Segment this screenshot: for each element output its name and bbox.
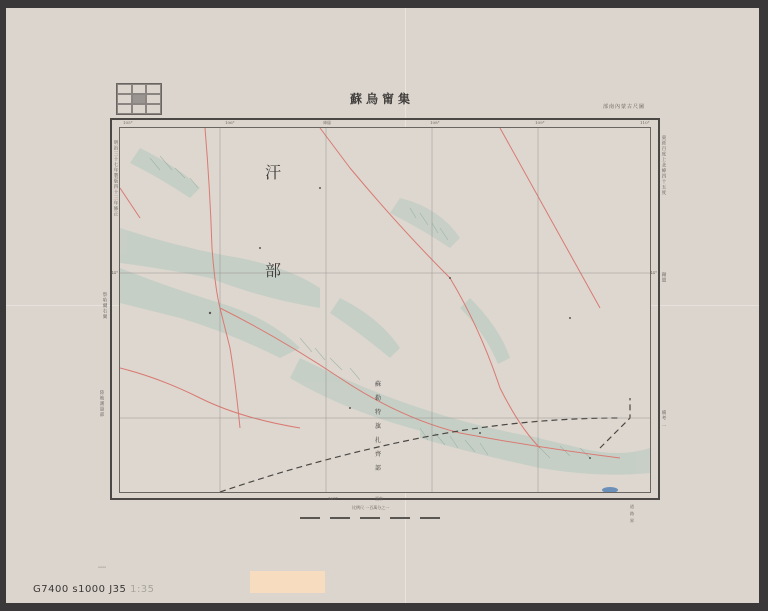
top-edge-label: 庫倫: [323, 120, 331, 126]
right-margin-note: 東經百度上北緯四十五度: [660, 135, 666, 196]
terrain-shading: [120, 148, 650, 475]
header-right-text: 部南內蒙古尺圖: [603, 103, 645, 110]
map-body[interactable]: [119, 127, 651, 493]
longitude-tick: 105°: [123, 120, 133, 125]
lake-icon: [602, 487, 618, 492]
scale-label: 比例尺 一百萬分之一: [352, 505, 389, 511]
region-label: 汗: [265, 160, 281, 183]
sheet-index-grid: [116, 83, 162, 115]
bottom-edge-label: 張家: [375, 496, 383, 502]
region-label: 部: [265, 258, 281, 281]
library-stamp: ▫▫▫▫: [98, 565, 106, 569]
banner-vertical-label: 蘇勒特旗扎齊部: [375, 378, 383, 476]
longitude-tick: 107°: [328, 496, 338, 501]
longitude-tick: 109°: [535, 120, 545, 125]
right-margin-label: 錫盟: [660, 272, 666, 283]
longitude-tick: 108°: [430, 120, 440, 125]
latitude-tick: 44°: [111, 270, 118, 275]
call-number: G7400 s1000 J35 1:35: [33, 584, 155, 595]
latitude-tick: 44°: [650, 270, 657, 275]
scale-bar: [300, 513, 450, 521]
longitude-tick: 110°: [640, 120, 650, 125]
right-margin-notes: 備考 一: [660, 410, 666, 429]
map-title: 蘇烏甯集: [350, 90, 414, 107]
left-margin-label: 察哈爾右翼: [101, 292, 107, 320]
label-patch: [250, 571, 325, 593]
legend: 道路界: [630, 503, 634, 524]
longitude-tick: 106°: [225, 120, 235, 125]
map-canvas: [120, 128, 650, 492]
left-margin-publisher: 陸地測量部: [98, 390, 104, 418]
